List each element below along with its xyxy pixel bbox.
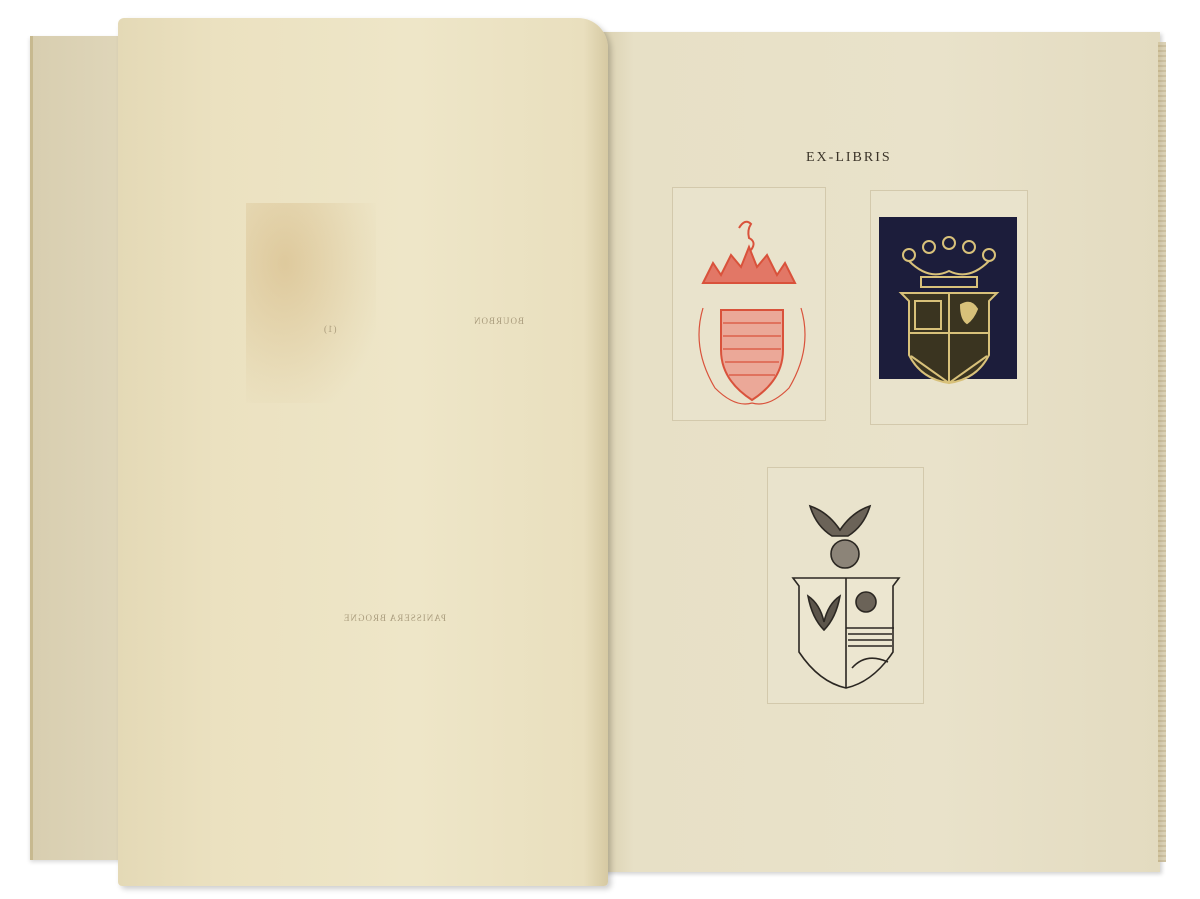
black-crest-icon [768, 468, 923, 703]
tissue-guard-page: BOURBON (1) PANISSERA BROGNE [118, 18, 608, 886]
gold-crest-icon [871, 191, 1027, 424]
red-crest-icon [673, 188, 825, 420]
show-through-text-1: BOURBON [473, 316, 524, 326]
open-book: EX-LIBRIS [0, 0, 1200, 899]
page-heading: EX-LIBRIS [806, 150, 892, 166]
navy-crest-plate [870, 190, 1028, 425]
foxing-stain [246, 203, 376, 403]
right-page: EX-LIBRIS [600, 32, 1160, 872]
red-crest-plate [672, 187, 826, 421]
show-through-text-2: (1) [323, 324, 337, 334]
black-crest-plate [767, 467, 924, 704]
show-through-text-3: PANISSERA BROGNE [343, 613, 446, 623]
